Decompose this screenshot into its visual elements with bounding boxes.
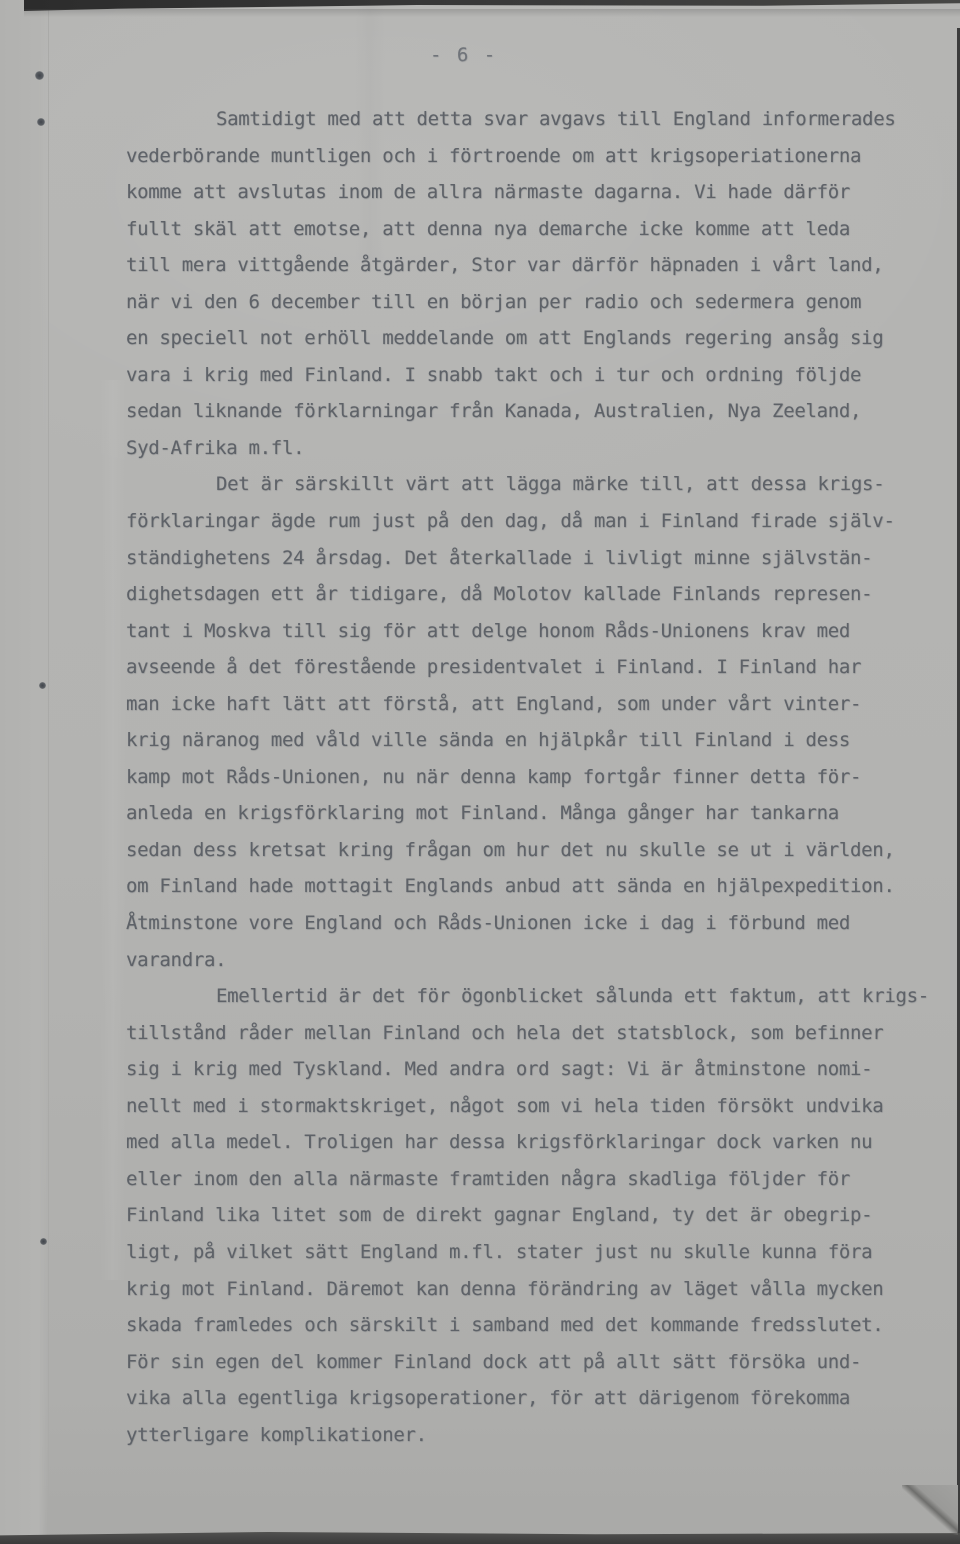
text-line: krig mot Finland. Däremot kan denna förä… — [126, 1271, 926, 1308]
paragraph: Samtidigt med att detta svar avgavs till… — [126, 101, 926, 466]
scan-edge-bottom — [0, 1530, 960, 1544]
text-line: eller inom den alla närmaste framtiden n… — [126, 1161, 926, 1198]
text-line: vederbörande muntligen och i förtroende … — [126, 138, 926, 175]
text-line: För sin egen del kommer Finland dock att… — [126, 1344, 926, 1381]
text-line: till mera vittgående åtgärder, Stor var … — [126, 247, 926, 284]
text-line: Finland lika litet som de direkt gagnar … — [126, 1197, 926, 1234]
dust-speck — [39, 682, 46, 689]
document-text: Samtidigt med att detta svar avgavs till… — [126, 101, 926, 1453]
text-line: kamp mot Råds-Unionen, nu när denna kamp… — [126, 759, 926, 796]
dust-speck — [40, 1238, 47, 1245]
text-line: ytterligare komplikationer. — [126, 1417, 926, 1454]
text-line: när vi den 6 december till en början per… — [126, 284, 926, 321]
text-line: nellt med i stormaktskriget, något som v… — [126, 1088, 926, 1125]
paragraph: Det är särskillt värt att lägga märke ti… — [126, 466, 926, 978]
text-line: fullt skäl att emotse, att denna nya dem… — [126, 211, 926, 248]
text-line: Syd-Afrika m.fl. — [126, 430, 926, 467]
text-line: en speciell not erhöll meddelande om att… — [126, 320, 926, 357]
text-line: varandra. — [126, 942, 926, 979]
paragraph: Emellertid är det för ögonblicket sålund… — [126, 978, 926, 1453]
text-line: om Finland hade mottagit Englands anbud … — [126, 868, 926, 905]
text-line: med alla medel. Troligen har dessa krigs… — [126, 1124, 926, 1161]
text-line: sedan dess kretsat kring frågan om hur d… — [126, 832, 926, 869]
scan-edge-top-shadow — [24, 9, 960, 17]
text-line: sig i krig med Tyskland. Med andra ord s… — [126, 1051, 926, 1088]
text-line: man icke haft lätt att förstå, att Engla… — [126, 686, 926, 723]
scanner-left-strip — [0, 0, 49, 1544]
dust-speck — [37, 118, 45, 126]
text-line: Samtidigt med att detta svar avgavs till… — [126, 101, 926, 138]
scan-streak — [100, 380, 126, 1280]
text-line: krig näranog med våld ville sända en hjä… — [126, 722, 926, 759]
text-line: sedan liknande förklarningar från Kanada… — [126, 393, 926, 430]
text-line: ständighetens 24 årsdag. Det återkallade… — [126, 540, 926, 577]
folded-corner — [902, 1485, 958, 1535]
scanned-document-page: - 6 - Samtidigt med att detta svar avgav… — [0, 0, 960, 1544]
dust-speck — [35, 71, 44, 80]
text-line: förklaringar ägde rum just på den dag, d… — [126, 503, 926, 540]
text-line: tant i Moskva till sig för att delge hon… — [126, 613, 926, 650]
text-line: skada framledes och särskilt i samband m… — [126, 1307, 926, 1344]
text-line: vara i krig med Finland. I snabb takt oc… — [126, 357, 926, 394]
text-line: dighetsdagen ett år tidigare, då Molotov… — [126, 576, 926, 613]
text-line: ligt, på vilket sätt England m.fl. state… — [126, 1234, 926, 1271]
text-line: avseende å det förestående presidentvale… — [126, 649, 926, 686]
text-line: Det är särskillt värt att lägga märke ti… — [126, 466, 926, 503]
page-number: - 6 - — [430, 44, 497, 66]
text-line: vika alla egentliga krigsoperationer, fö… — [126, 1380, 926, 1417]
text-line: anleda en krigsförklaring mot Finland. M… — [126, 795, 926, 832]
text-line: Emellertid är det för ögonblicket sålund… — [126, 978, 926, 1015]
text-line: komme att avslutas inom de allra närmast… — [126, 174, 926, 211]
text-line: tillstånd råder mellan Finland och hela … — [126, 1015, 926, 1052]
text-line: Åtminstone vore England och Råds-Unionen… — [126, 905, 926, 942]
